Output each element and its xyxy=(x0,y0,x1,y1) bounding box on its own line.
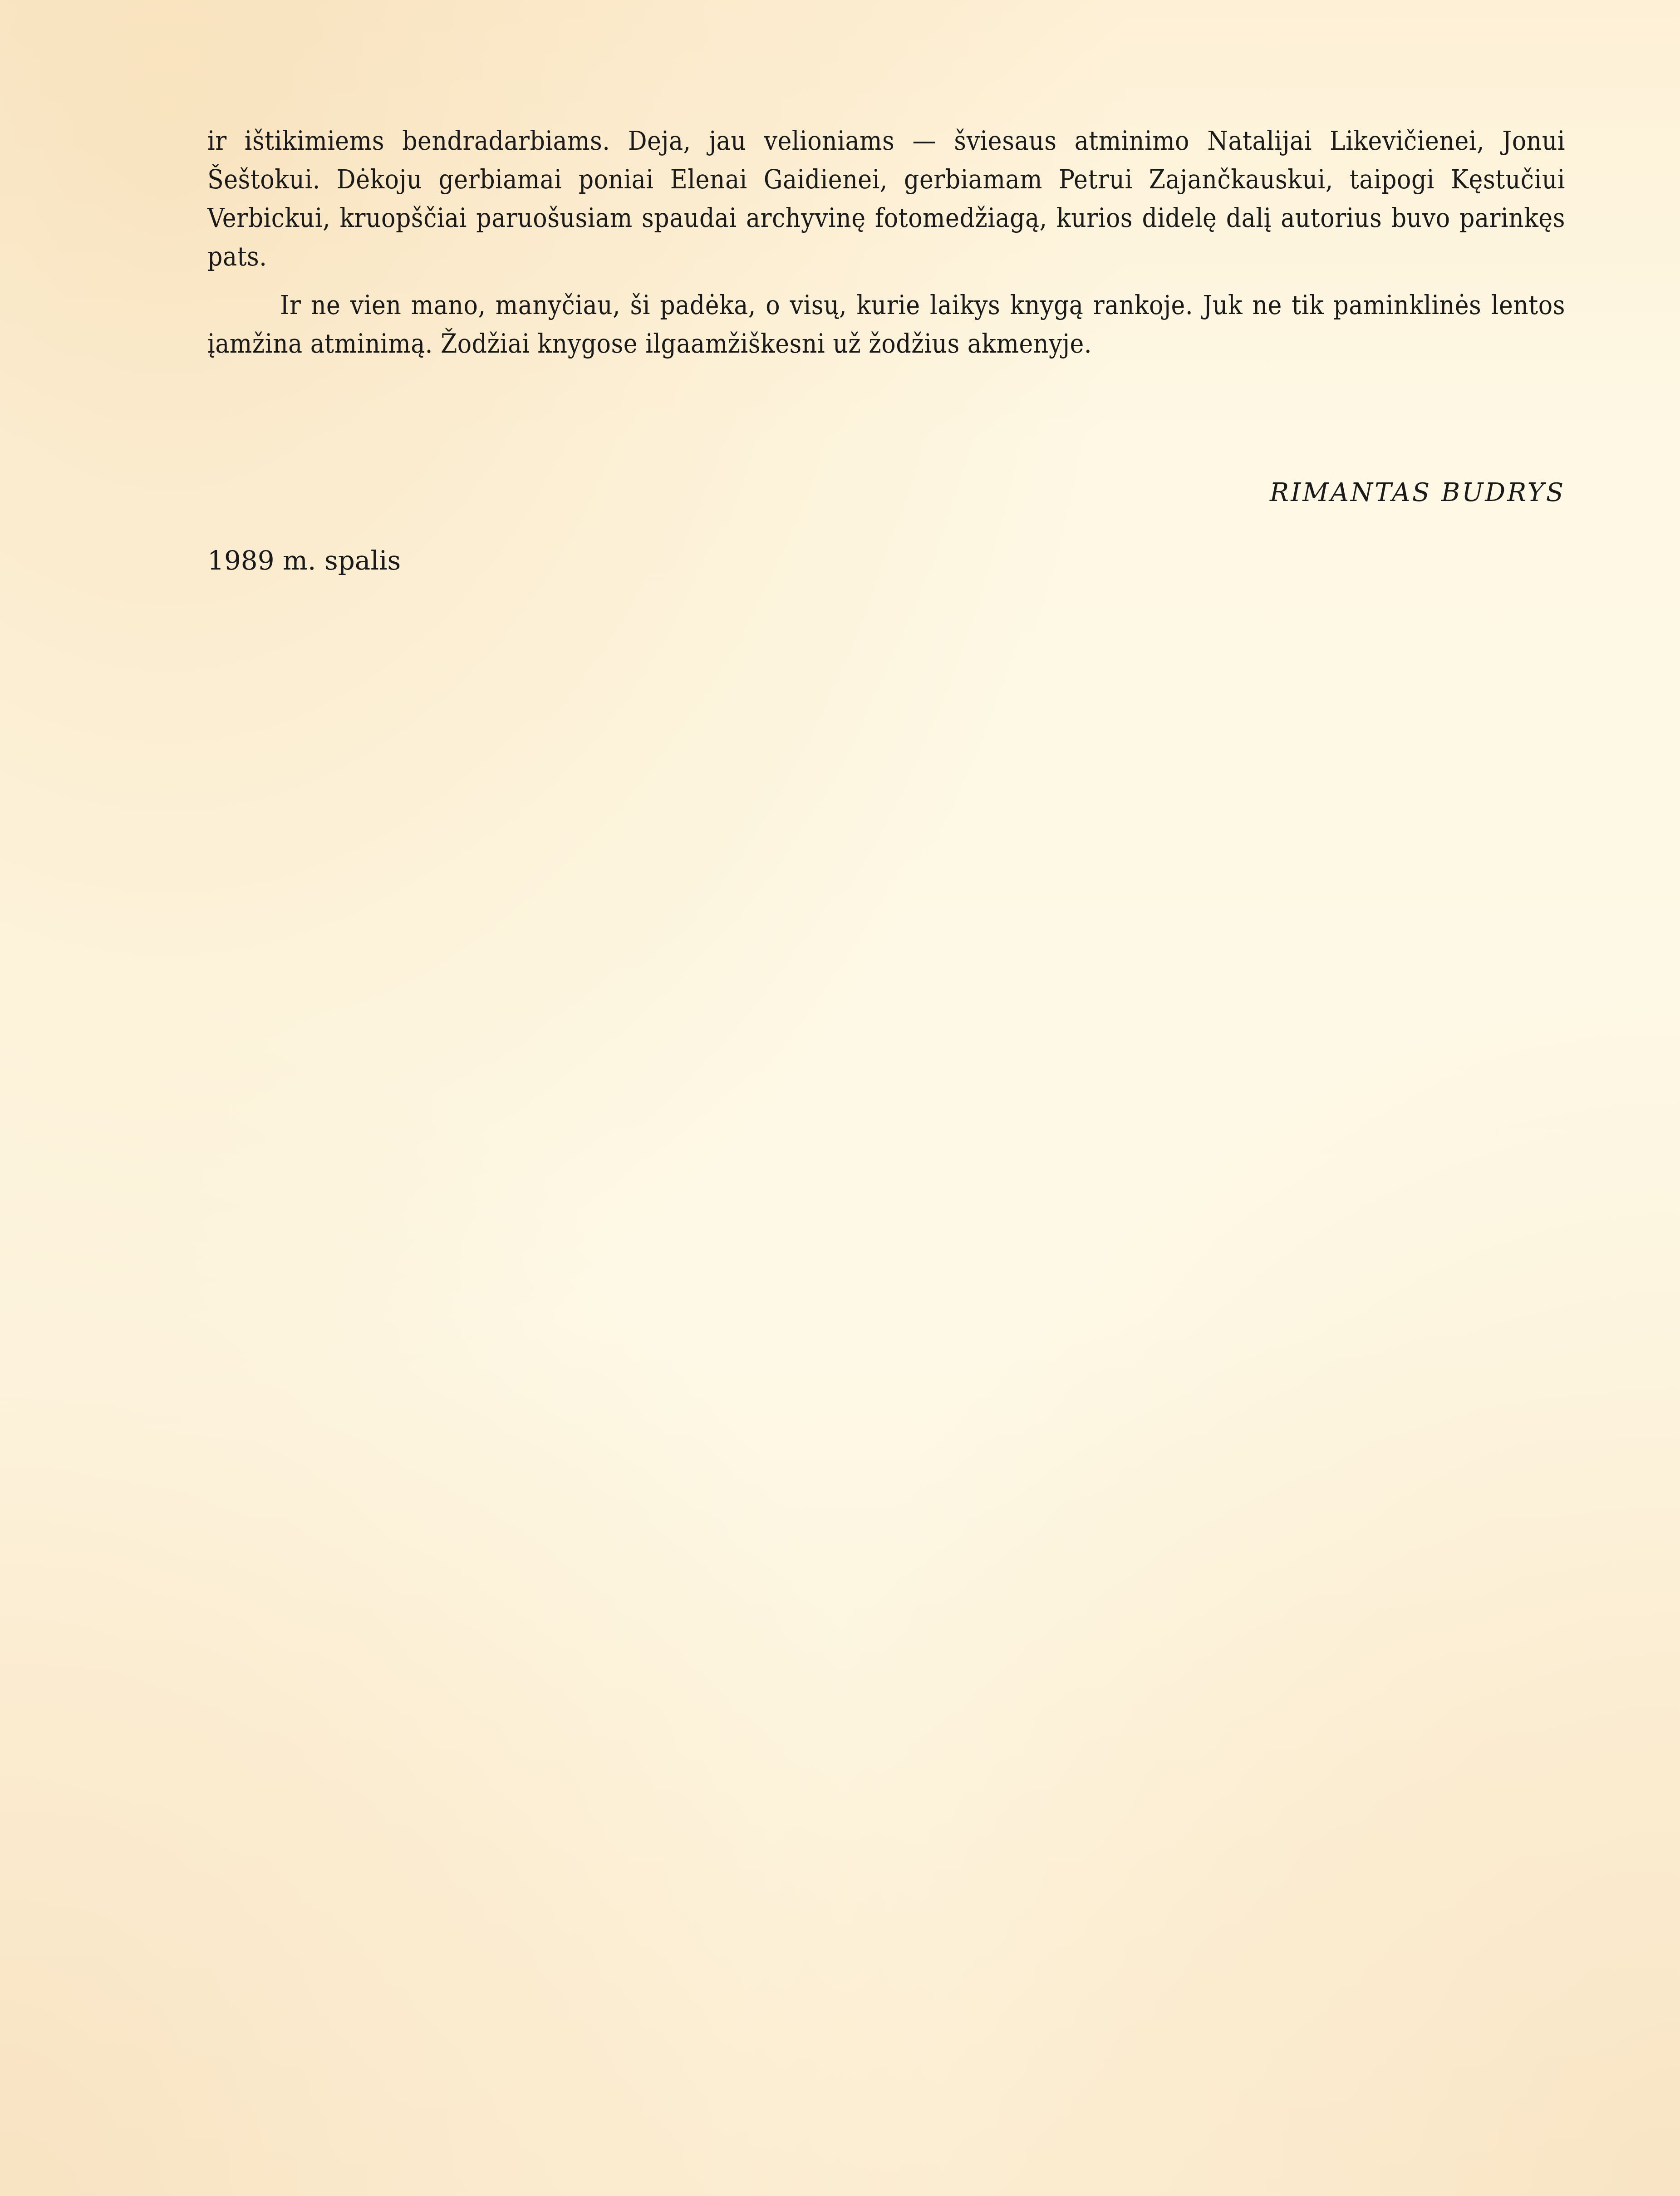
paragraph-acknowledgements: ir ištikimiems bendradarbiams. Deja, jau… xyxy=(207,122,1565,276)
paragraph-closing: Ir ne vien mano, manyčiau, ši padėka, o … xyxy=(207,286,1565,363)
author-signature: RIMANTAS BUDRYS xyxy=(1270,473,1565,512)
document-date: 1989 m. spalis xyxy=(207,541,401,580)
document-page: ir ištikimiems bendradarbiams. Deja, jau… xyxy=(207,122,1565,363)
